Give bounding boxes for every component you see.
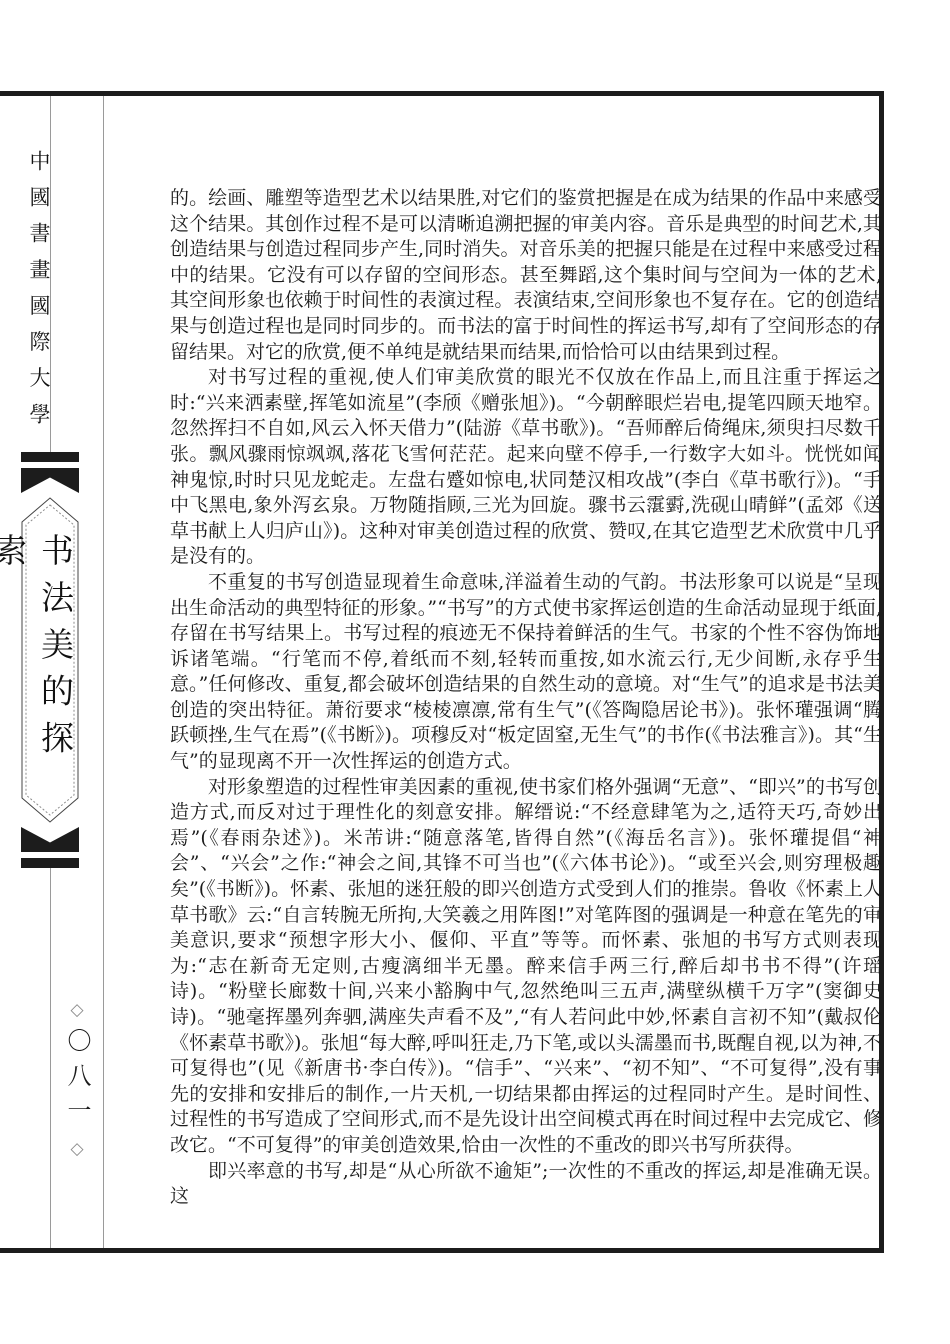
paragraph: 不重复的书写创造显现着生命意味,洋溢着生动的气韵。书法形象可以说是“呈现出生命活… [170, 570, 882, 775]
book-title: 书法美的探索 [21, 533, 79, 787]
diamond-icon: ◇ [70, 1002, 83, 1019]
diamond-icon: ◇ [70, 1141, 83, 1158]
frame-bottom-rule [0, 1248, 884, 1253]
title-ribbon: 书法美的探索 [21, 452, 79, 868]
paragraph: 的。绘画、雕塑等造型艺术以结果胜,对它们的鉴赏把握是在成为结果的作品中来感受这个… [170, 186, 882, 365]
paragraph: 对书写过程的重视,使人们审美欣赏的眼光不仅放在作品上,而且注重于挥运之时:“兴来… [170, 365, 882, 570]
ribbon-top-bar [21, 452, 79, 462]
book-page: 中國書畫國際大學 书法美的探索 ◇ 〇八一 ◇ 的。绘画、雕塑等造型艺术以结果胜… [0, 0, 950, 1344]
paragraph: 对形象塑造的过程性审美因素的重视,使书家们格外强调“无意”、“即兴”的书写创造方… [170, 775, 882, 1159]
frame-top-rule [0, 91, 884, 96]
body-text: 的。绘画、雕塑等造型艺术以结果胜,对它们的鉴赏把握是在成为结果的作品中来感受这个… [170, 186, 882, 1210]
paragraph: 即兴率意的书写,却是“从心所欲不逾矩”;一次性的不重改的挥运,却是准确无误。这 [170, 1159, 882, 1210]
page-number: 〇八一 [65, 1028, 89, 1132]
ribbon-top-chevron-icon [21, 468, 79, 493]
ribbon-bottom-bar [21, 858, 79, 868]
title-cartouche: 书法美的探索 [21, 497, 79, 823]
publisher-column: 中國書畫國際大學 [0, 150, 54, 439]
publisher-name: 中國書畫國際大學 [0, 150, 54, 439]
ribbon-bottom-chevron-icon [21, 827, 79, 852]
page-number-block: ◇ 〇八一 ◇ [50, 1002, 104, 1158]
